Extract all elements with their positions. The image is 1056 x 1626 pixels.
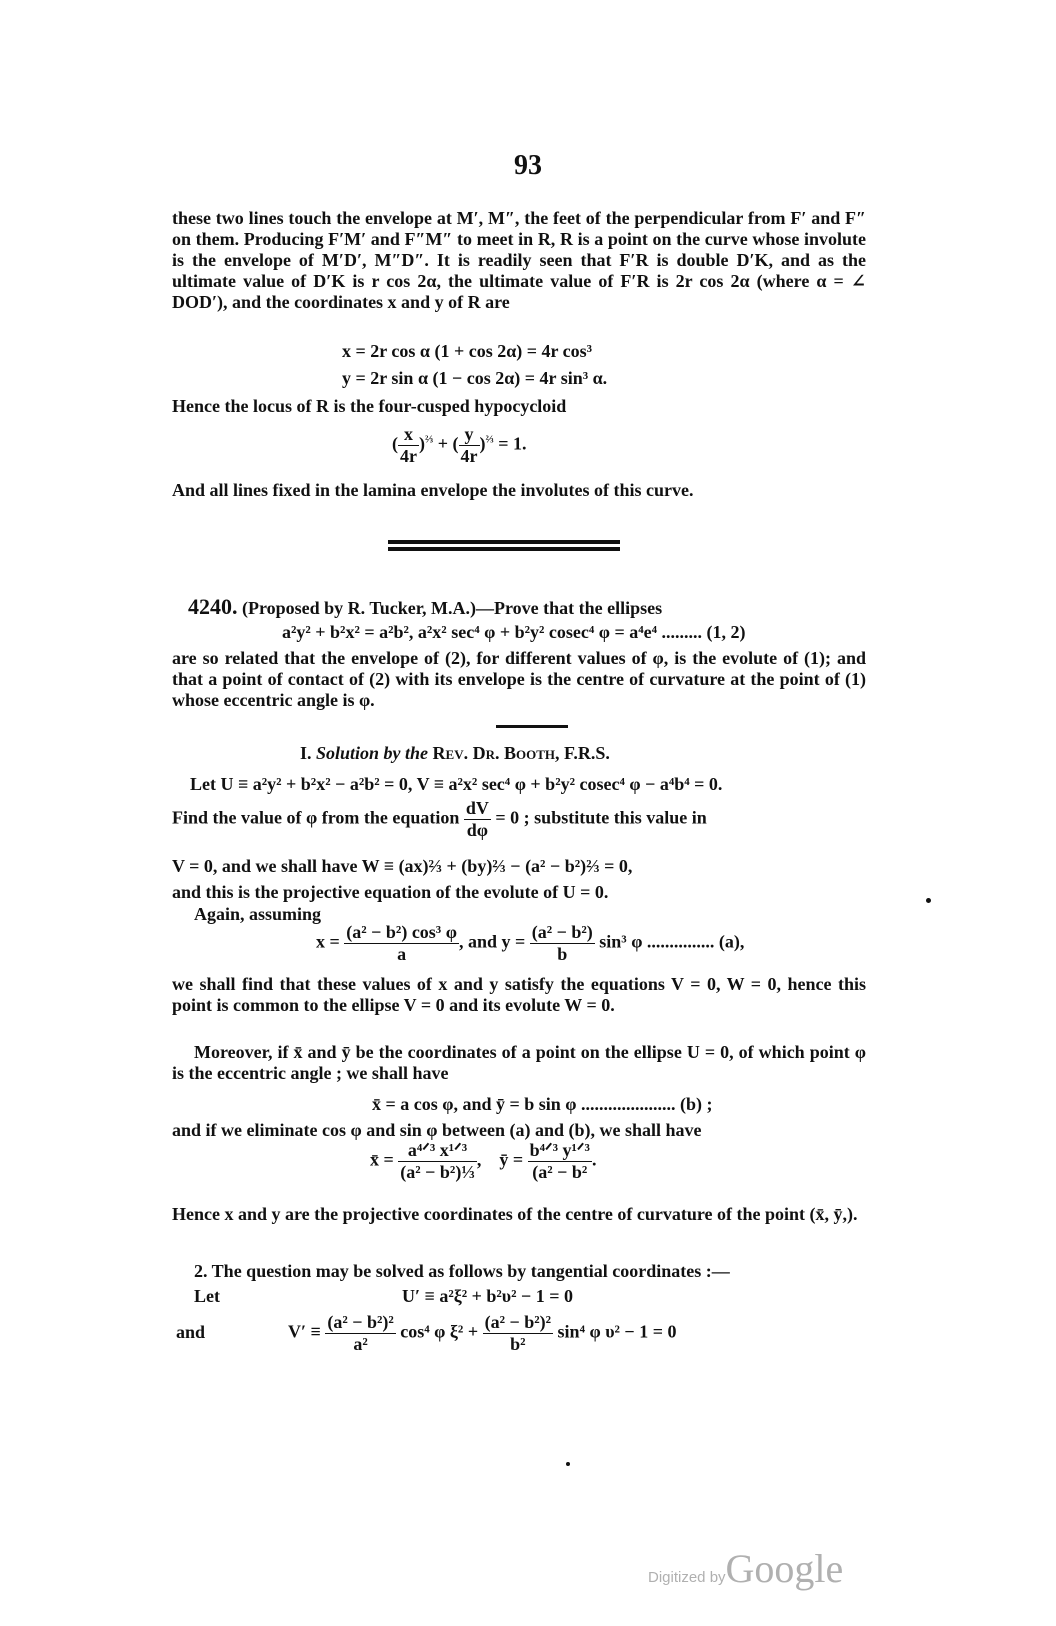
eliminate-line: and if we eliminate cos φ and sin φ betw… (172, 1120, 701, 1141)
ybar-numerator: b⁴ᐟ³ y¹ᐟ³ (528, 1140, 592, 1162)
period: . (592, 1150, 597, 1170)
y-tail: sin³ φ ............... (a), (599, 932, 744, 952)
let-u-v-equation: Let U ≡ a²y² + b²x² − a²b² = 0, V ≡ a²x²… (190, 774, 722, 795)
bar-xy-equation: x̄ = a cos φ, and ȳ = b sin φ ..........… (372, 1094, 713, 1115)
hence-locus-text: Hence the locus of R is the four-cusped … (172, 396, 566, 417)
section-divider-double (388, 540, 620, 551)
u-prime-equation: U′ ≡ a²ξ² + b²υ² − 1 = 0 (402, 1286, 573, 1307)
dv-numerator: dV (464, 798, 491, 820)
problem-equation: a²y² + b²x² = a²b², a²x² sec⁴ φ + b²y² c… (282, 622, 746, 643)
problem-statement: are so related that the envelope of (2),… (172, 648, 866, 711)
digitized-by-google-watermark: Digitized byGoogle (648, 1545, 843, 1592)
google-logo-text: Google (726, 1546, 844, 1591)
dphi-denominator: dφ (464, 820, 491, 841)
problem-number: 4240. (188, 594, 238, 619)
xbar-lhs: x̄ = (370, 1150, 394, 1170)
hence-projective-paragraph: Hence x and y are the projective coordin… (172, 1204, 866, 1225)
let-label: Let (194, 1286, 220, 1307)
problem-header: 4240. (Proposed by R. Tucker, M.A.)—Prov… (188, 596, 662, 619)
ybar-denominator: (a² − b² (528, 1162, 592, 1183)
and-y-lhs: , and y = (459, 932, 525, 952)
book-page: 93 these two lines touch the envelope at… (0, 0, 1056, 1626)
v-prime-lhs: V′ ≡ (288, 1322, 321, 1342)
find-suffix: = 0 ; substitute this value in (495, 808, 706, 828)
v-prime-numerator-1: (a² − b²)² (325, 1312, 395, 1334)
projective-equation-line: and this is the projective equation of t… (172, 882, 608, 903)
problem-proposer: (Proposed by R. Tucker, M.A.)—Prove that… (242, 598, 662, 618)
x-lhs: x = (316, 932, 340, 952)
tangential-coordinates-heading: 2. The question may be solved as follows… (194, 1261, 730, 1282)
paragraph-lines-fixed: And all lines fixed in the lamina envelo… (172, 480, 694, 501)
section-divider-single (496, 725, 568, 728)
xbar-denominator: (a² − b²)⅓ (398, 1162, 477, 1183)
separator: , (477, 1150, 482, 1170)
v-prime-denominator-2: b² (483, 1334, 553, 1355)
ink-speck (566, 1462, 570, 1466)
frac-numerator: y (459, 424, 480, 446)
moreover-paragraph: Moreover, if x̄ and ȳ be the coordinates… (172, 1042, 866, 1084)
and-label: and (176, 1322, 205, 1343)
v-prime-tail: sin⁴ φ υ² − 1 = 0 (558, 1322, 677, 1342)
assumed-xy-equation: x = (a² − b²) cos³ φa, and y = (a² − b²)… (316, 922, 744, 965)
watermark-small-text: Digitized by (648, 1569, 726, 1586)
solution-author: Rev. Dr. Booth, F.R.S. (433, 743, 610, 763)
y-denominator: b (530, 944, 595, 965)
exponent: ⅔ (486, 434, 494, 446)
eliminated-equation: x̄ = a⁴ᐟ³ x¹ᐟ³(a² − b²)⅓, ȳ = b⁴ᐟ³ y¹ᐟ³(… (370, 1140, 596, 1183)
x-numerator: (a² − b²) cos³ φ (344, 922, 459, 944)
plus-sign: + (438, 434, 448, 454)
x-denominator: a (344, 944, 459, 965)
v-prime-middle: cos⁴ φ ξ² + (400, 1322, 478, 1342)
frac-numerator: x (398, 424, 419, 446)
frac-denominator: 4r (459, 446, 480, 467)
w-equation-line: V = 0, and we shall have W ≡ (ax)⅔ + (by… (172, 856, 632, 877)
again-assuming: Again, assuming (194, 904, 321, 925)
equation-rhs: = 1. (498, 434, 526, 454)
frac-denominator: 4r (398, 446, 419, 467)
ink-speck (926, 898, 931, 903)
equation-x: x = 2r cos α (1 + cos 2α) = 4r cos³ (342, 341, 592, 362)
paragraph-envelope: these two lines touch the envelope at M′… (172, 208, 866, 313)
solution-number: I. (300, 743, 312, 763)
hypocycloid-equation: (x4r)⅔ + (y4r)⅔ = 1. (392, 424, 527, 467)
find-phi-line: Find the value of φ from the equation dV… (172, 798, 707, 841)
find-prefix: Find the value of φ from the equation (172, 808, 459, 828)
satisfy-paragraph: we shall find that these values of x and… (172, 974, 866, 1016)
xbar-numerator: a⁴ᐟ³ x¹ᐟ³ (398, 1140, 477, 1162)
v-prime-numerator-2: (a² − b²)² (483, 1312, 553, 1334)
solution-by-label: Solution by the (316, 743, 428, 763)
y-numerator: (a² − b²) (530, 922, 595, 944)
v-prime-denominator-1: a² (325, 1334, 395, 1355)
exponent: ⅔ (425, 434, 433, 446)
solution-heading: I. Solution by the Rev. Dr. Booth, F.R.S… (300, 743, 610, 764)
equation-y: y = 2r sin α (1 − cos 2α) = 4r sin³ α. (342, 368, 607, 389)
page-number: 93 (0, 150, 1056, 182)
v-prime-equation: V′ ≡ (a² − b²)²a² cos⁴ φ ξ² + (a² − b²)²… (288, 1312, 676, 1355)
ybar-lhs: ȳ = (499, 1150, 523, 1170)
